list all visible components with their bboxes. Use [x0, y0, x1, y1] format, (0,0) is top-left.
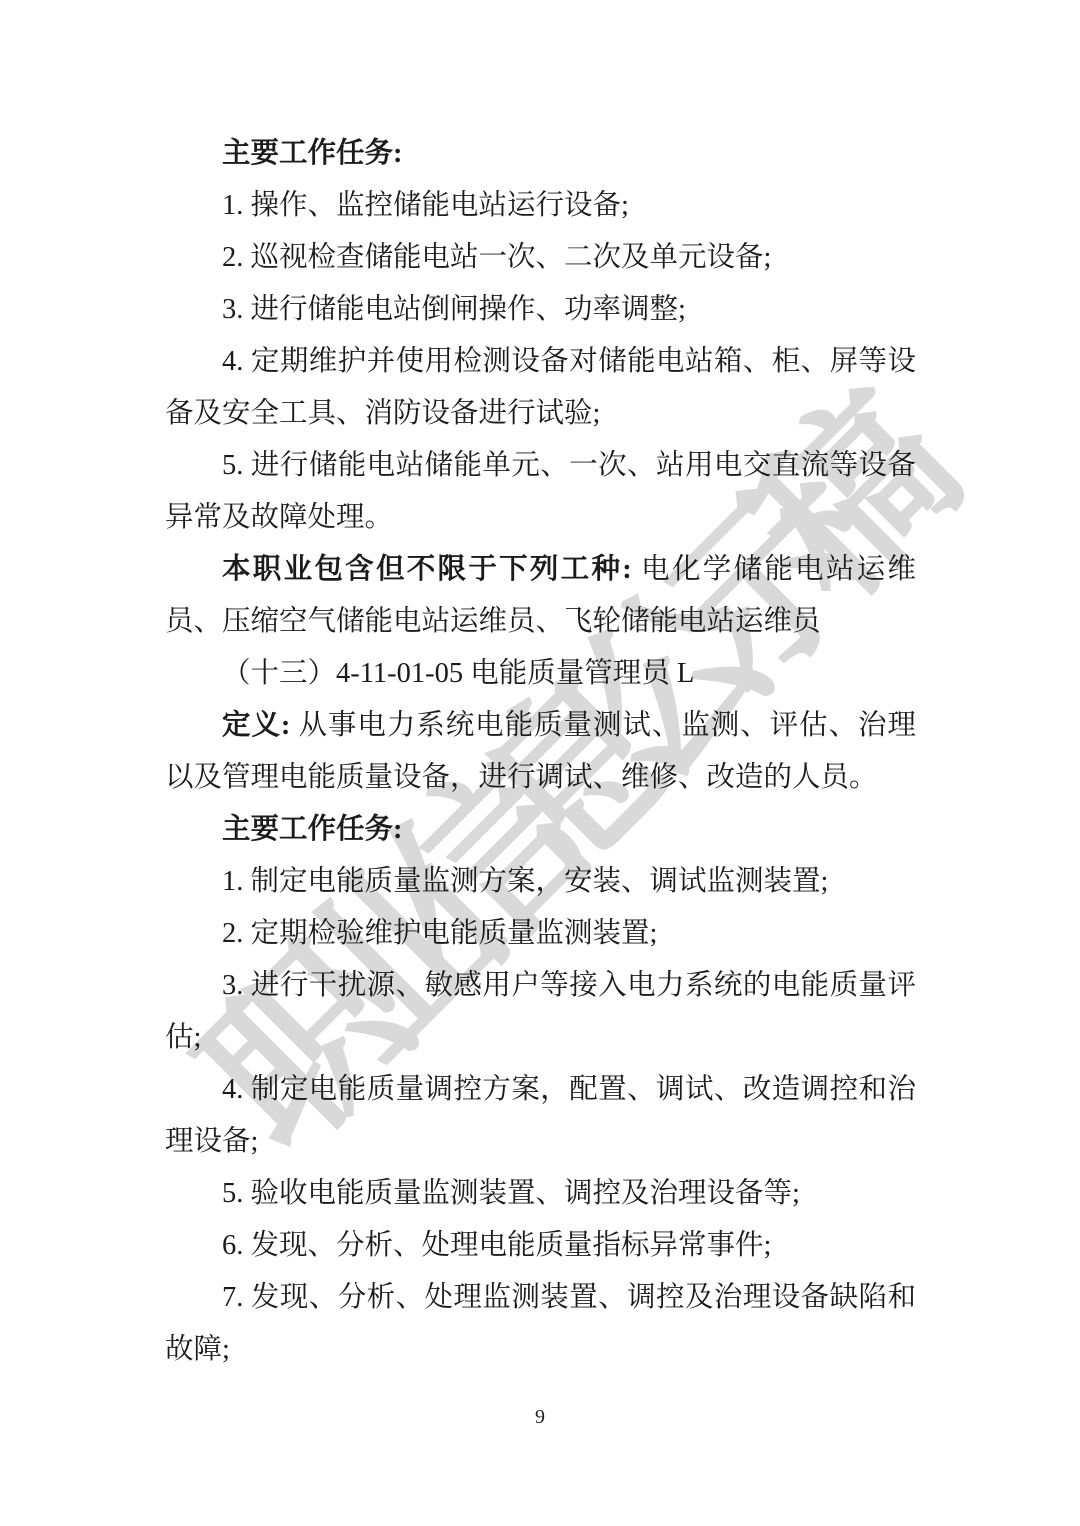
text-line: 故障; [165, 1324, 916, 1376]
text-line: 2. 定期检验维护电能质量监测装置; [165, 908, 916, 960]
text-line: 定义: 从事电力系统电能质量测试、监测、评估、治理 [165, 700, 916, 752]
text-line: 理设备; [165, 1116, 916, 1168]
page-number: 9 [0, 1406, 1080, 1429]
text-line: 备及安全工具、消防设备进行试验; [165, 388, 916, 440]
heading-text: 主要工作任务: [222, 814, 403, 845]
body-text: 员、压缩空气储能电站运维员、飞轮储能电站运维员 [165, 606, 821, 637]
text-line: 2. 巡视检查储能电站一次、二次及单元设备; [165, 232, 916, 284]
text-line: 4. 定期维护并使用检测设备对储能电站箱、柜、屏等设 [165, 336, 916, 388]
body-text: 以及管理电能质量设备，进行调试、维修、改造的人员。 [165, 762, 878, 793]
body-text: 3. 进行储能电站倒闸操作、功率调整; [222, 294, 686, 325]
text-line: 3. 进行储能电站倒闸操作、功率调整; [165, 284, 916, 336]
text-line: 6. 发现、分析、处理电能质量指标异常事件; [165, 1220, 916, 1272]
body-text: 备及安全工具、消防设备进行试验; [165, 398, 600, 429]
body-text: 估; [165, 1022, 201, 1053]
text-line: 员、压缩空气储能电站运维员、飞轮储能电站运维员 [165, 596, 916, 648]
document-body: 主要工作任务:1. 操作、监控储能电站运行设备;2. 巡视检查储能电站一次、二次… [165, 128, 916, 1376]
body-text: 6. 发现、分析、处理电能质量指标异常事件; [222, 1230, 771, 1261]
text-line: 5. 验收电能质量监测装置、调控及治理设备等; [165, 1168, 916, 1220]
text-line: 以及管理电能质量设备，进行调试、维修、改造的人员。 [165, 752, 916, 804]
body-text: 电化学储能电站运维 [632, 554, 916, 585]
text-line: 5. 进行储能电站储能单元、一次、站用电交直流等设备 [165, 440, 916, 492]
heading-text: 本职业包含但不限于下列工种: [222, 554, 632, 585]
body-text: 2. 定期检验维护电能质量监测装置; [222, 918, 657, 949]
text-line: 4. 制定电能质量调控方案，配置、调试、改造调控和治 [165, 1064, 916, 1116]
body-text: （十三）4-11-01-05 电能质量管理员 L [222, 658, 694, 689]
body-text: 1. 操作、监控储能电站运行设备; [222, 190, 629, 221]
body-text: 2. 巡视检查储能电站一次、二次及单元设备; [222, 242, 771, 273]
body-text: 4. 制定电能质量调控方案，配置、调试、改造调控和治 [222, 1074, 916, 1105]
body-text: 理设备; [165, 1126, 258, 1157]
text-line: 主要工作任务: [165, 128, 916, 180]
text-line: （十三）4-11-01-05 电能质量管理员 L [165, 648, 916, 700]
body-text: 5. 验收电能质量监测装置、调控及治理设备等; [222, 1178, 800, 1209]
body-text: 5. 进行储能电站储能单元、一次、站用电交直流等设备 [222, 450, 916, 481]
body-text: 从事电力系统电能质量测试、监测、评估、治理 [290, 710, 916, 741]
text-line: 估; [165, 1012, 916, 1064]
document-page: 职业信息公示稿 主要工作任务:1. 操作、监控储能电站运行设备;2. 巡视检查储… [0, 0, 1080, 1526]
body-text: 7. 发现、分析、处理监测装置、调控及治理设备缺陷和 [222, 1282, 916, 1313]
text-line: 异常及故障处理。 [165, 492, 916, 544]
text-line: 本职业包含但不限于下列工种: 电化学储能电站运维 [165, 544, 916, 596]
body-text: 故障; [165, 1334, 230, 1365]
heading-text: 主要工作任务: [222, 138, 403, 169]
body-text: 3. 进行干扰源、敏感用户等接入电力系统的电能质量评 [222, 970, 916, 1001]
text-line: 主要工作任务: [165, 804, 916, 856]
heading-text: 定义: [222, 710, 290, 741]
text-line: 3. 进行干扰源、敏感用户等接入电力系统的电能质量评 [165, 960, 916, 1012]
body-text: 1. 制定电能质量监测方案，安装、调试监测装置; [222, 866, 828, 897]
text-line: 1. 操作、监控储能电站运行设备; [165, 180, 916, 232]
body-text: 异常及故障处理。 [165, 502, 393, 533]
body-text: 4. 定期维护并使用检测设备对储能电站箱、柜、屏等设 [222, 346, 916, 377]
text-line: 1. 制定电能质量监测方案，安装、调试监测装置; [165, 856, 916, 908]
text-line: 7. 发现、分析、处理监测装置、调控及治理设备缺陷和 [165, 1272, 916, 1324]
